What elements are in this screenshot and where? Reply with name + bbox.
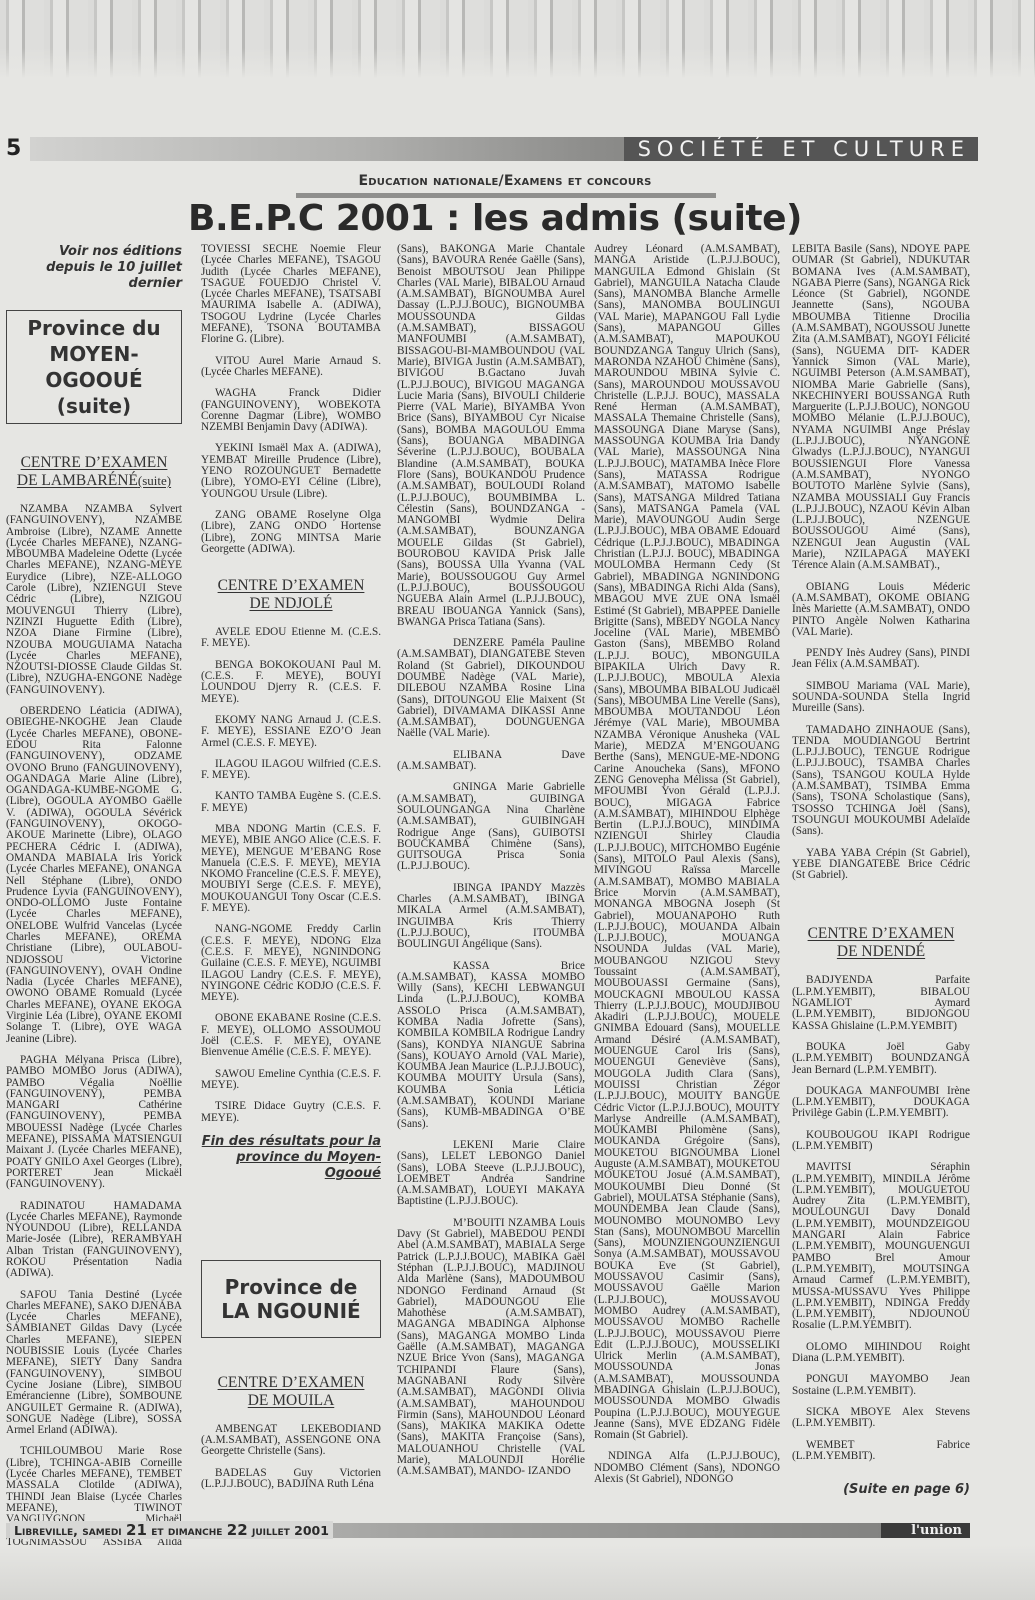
province-line: Province de [204,1275,378,1299]
results-paragraph: AVELE EDOU Etienne M. (C.E.S. F. MEYE). [201,627,381,650]
province-line: OGOOUÉ (suite) [9,367,179,419]
results-paragraph: WAGHA Franck Didier (FANGUINOVENY), WOBE… [201,388,381,433]
centre-heading-line: CENTRE D’EXAMEN [218,577,365,595]
continued-on-page-note: (Suite en page 6) [792,1484,970,1495]
province-line: MOYEN- [9,341,179,367]
province-box-moyen-ogooue: Province du MOYEN- OGOOUÉ (suite) [6,310,182,424]
results-paragraph: MBA NDONG Martin (C.E.S. F. MEYE), MBIE … [201,824,381,914]
centre-heading-ndende: CENTRE D’EXAMEN DE NDENDÉ [792,925,970,961]
section-band: SOCIÉTÉ ET CULTURE [30,137,978,161]
results-paragraph: SAFOU Tania Destiné (Lycée Charles MEFAN… [6,1290,182,1437]
column-5: LEBITA Basile (Sans), NDOYE PAPE OUMAR (… [792,244,970,1495]
results-paragraph: OLOMO MIHINDOU Roight Diana (L.P.M.YEMBI… [792,1342,970,1365]
newspaper-brand: l'union [881,1523,970,1538]
results-paragraph: OBIANG Louis Méderic (A.M.SAMBAT), OKOME… [792,582,970,638]
centre-heading-line: DE NDENDÉ [837,943,925,961]
centre-name: DE LAMBARÉNÉ [17,472,138,490]
results-paragraph: IBINGA IPANDY Mazzès Charles (A.M.SAMBAT… [397,883,585,951]
results-paragraph: ELIBANA Dave (A.M.SAMBAT). [397,750,585,773]
results-paragraph: DENZERE Paméla Pauline (A.M.SAMBAT), DIA… [397,638,585,740]
column-3: (Sans), BAKONGA Marie Chantale (Sans), B… [397,244,585,1488]
province-line: Province du [9,315,179,341]
column-4: Audrey Léonard (A.M.SAMBAT), MANGA Arist… [594,244,780,1495]
results-paragraph: NZAMBA NZAMBA Sylvert (FANGUINOVENY), NZ… [6,504,182,696]
centre-heading-lambarene: CENTRE D’EXAMEN DE LAMBARÉNÉ (suite) [6,454,182,490]
page-number: 5 [6,136,21,161]
results-paragraph: LEBITA Basile (Sans), NDOYE PAPE OUMAR (… [792,244,970,572]
results-paragraph: DOUKAGA MANFOUMBI Irène (L.P.M.YEMBIT), … [792,1086,970,1120]
page-fold [0,1545,1035,1600]
results-paragraph: OBONE EKABANE Rosine (C.E.S. F. MEYE), O… [201,1013,381,1058]
centre-heading-line: CENTRE D’EXAMEN [21,454,168,472]
results-paragraph: KANTO TAMBA Eugène S. (C.E.S. F. MEYE) [201,791,381,814]
results-paragraph: YABA YABA Crépin (St Gabriel), YEBE DIAN… [792,848,970,882]
province-box-ngounie: Province de LA NGOUNIÉ [201,1260,381,1338]
centre-heading-line: DE LAMBARÉNÉ (suite) [17,472,171,490]
scan-top-strip [0,0,1035,78]
province-line: LA NGOUNIÉ [204,1299,378,1323]
kicker: Education nationale/Examens et concours [295,173,715,189]
footer-dateline: Libreville, samedi 21 et dimanche 22 jui… [10,1521,333,1539]
results-paragraph: TSIRE Didace Guytry (C.E.S. F. MEYE). [201,1101,381,1124]
results-paragraph: BENGA BOKOKOUANI Paul M. (C.E.S. F. MEYE… [201,660,381,705]
results-paragraph: YEKINI Ismaël Max A. (ADIWA), YEMBAT Mir… [201,443,381,499]
results-paragraph: NANG-NGOME Freddy Carlin (C.E.S. F. MEYE… [201,924,381,1003]
results-paragraph: SICKA MBOYE Alex Stevens (L.P.M.YEMBIT). [792,1407,970,1430]
dateline-month-year: juillet 2001 [248,1523,329,1538]
results-paragraph: Audrey Léonard (A.M.SAMBAT), MANGA Arist… [594,244,780,1441]
centre-heading-line: DE NDJOLÉ [249,595,332,613]
results-paragraph: BOUKA Joël Gaby (L.P.M.YEMBIT) BOUNDZANG… [792,1042,970,1076]
results-paragraph: SIMBOU Mariama (VAL Marie), SOUNDA-SOUND… [792,681,970,715]
centre-heading-line: CENTRE D’EXAMEN [808,925,955,943]
results-paragraph: M’BOUITI NZAMBA Louis Davy (St Gabriel),… [397,1218,585,1478]
results-paragraph: ZANG OBAME Roselyne Olga (Libre), ZANG O… [201,510,381,555]
dateline-mid: et dimanche [147,1523,227,1538]
results-paragraph: PENDY Inès Audrey (Sans), PINDI Jean Fél… [792,648,970,671]
centre-suffix: (suite) [138,472,171,490]
results-paragraph: TAMADAHO ZINHAOUE (Sans), TENDA MOUDIANG… [792,725,970,838]
section-title: SOCIÉTÉ ET CULTURE [624,137,978,161]
see-editions-note: Voir nos éditions depuis le 10 juillet d… [6,244,182,292]
results-paragraph: VITOU Aurel Marie Arnaud S. (Lycée Charl… [201,356,381,379]
results-paragraph: EKOMY NANG Arnaud J. (C.E.S. F. MEYE), E… [201,715,381,749]
results-paragraph: AMBENGAT LEKEBODIAND (A.M.SAMBAT), ASSEN… [201,1424,381,1458]
results-paragraph: SAWOU Emeline Cynthia (C.E.S. F. MEYE). [201,1069,381,1092]
column-1: Voir nos éditions depuis le 10 juillet d… [6,244,182,1581]
results-paragraph: NDINGA Alfa (L.P.J.J.BOUC), NDOMBO Cléme… [594,1451,780,1485]
column-2: TOVIESSI SECHE Noemie Fleur (Lycée Charl… [201,244,381,1500]
results-paragraph: PONGUI MAYOMBO Jean Sostaine (L.P.M.YEMB… [792,1374,970,1397]
results-paragraph: KOUBOUGOU IKAPI Rodrigue (L.P.M.YEMBIT) [792,1130,970,1153]
centre-heading-ndjole: CENTRE D’EXAMEN DE NDJOLÉ [201,577,381,613]
centre-heading-line: DE MOUILA [248,1392,335,1410]
end-of-province-note: Fin des résultats pour la province du Mo… [201,1134,381,1182]
dateline-prefix: Libreville, samedi [14,1523,126,1538]
results-paragraph: WEMBET Fabrice (L.P.M.YEMBIT). [792,1440,970,1463]
centre-heading-line: CENTRE D’EXAMEN [218,1374,365,1392]
results-paragraph: TOVIESSI SECHE Noemie Fleur (Lycée Charl… [201,244,381,346]
results-paragraph: BADELAS Guy Victorien (L.P.J.J.BOUC), BA… [201,1468,381,1491]
dateline-day2: 22 [227,1521,248,1539]
results-paragraph: KASSA Brice (A.M.SAMBAT), KASSA MOMBO Wi… [397,961,585,1130]
dateline-day1: 21 [126,1521,147,1539]
results-paragraph: MAVITSI Séraphin (L.P.M.YEMBIT), MINDILA… [792,1162,970,1331]
centre-heading-mouila: CENTRE D’EXAMEN DE MOUILA [201,1374,381,1410]
results-paragraph: GNINGA Marie Gabrielle (A.M.SAMBAT), GUI… [397,782,585,872]
results-paragraph: RADINATOU HAMADAMA (Lycée Charles MEFANE… [6,1201,182,1280]
results-paragraph: (Sans), BAKONGA Marie Chantale (Sans), B… [397,244,585,628]
headline: B.E.P.C 2001 : les admis (suite) [0,198,990,239]
results-paragraph: PAGHA Mélyana Prisca (Libre), PAMBO MOMB… [6,1055,182,1191]
results-paragraph: BADJYENDA Parfaite (L.P.M.YEMBIT), BIBAL… [792,975,970,1031]
results-paragraph: ILAGOU ILAGOU Wilfried (C.E.S. F. MEYE). [201,759,381,782]
results-paragraph: OBERDENO Léaticia (ADIWA), OBIEGHE-NKOGH… [6,706,182,1045]
results-paragraph: LEKENI Marie Claire (Sans), LELET LEBONG… [397,1140,585,1208]
